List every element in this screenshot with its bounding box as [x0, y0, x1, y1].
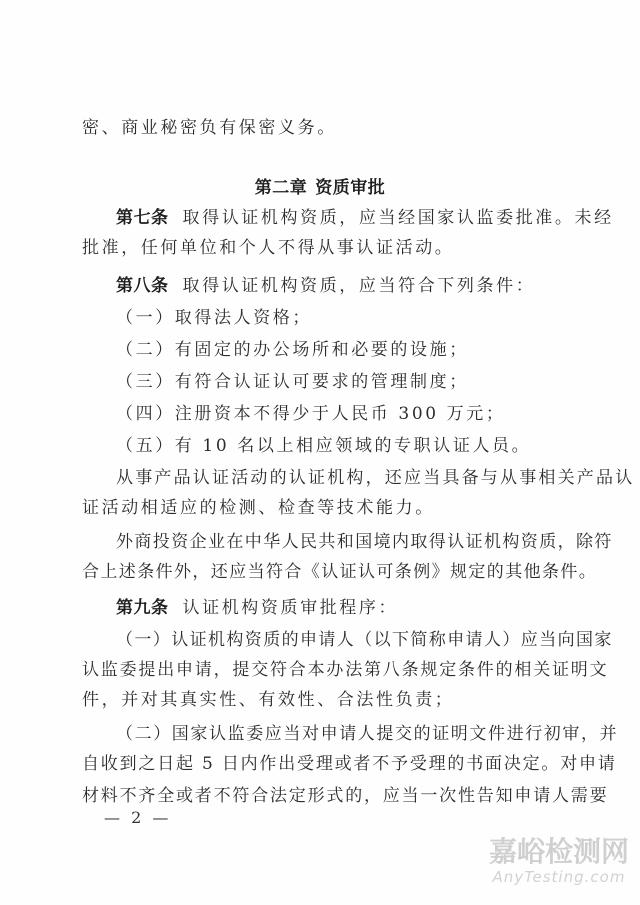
watermark-logo: 嘉峪检测网 AnyTesting.com — [486, 836, 632, 886]
document-page: 密、商业秘密负有保密义务。 第二章资质审批 第七条取得认证机构资质，应当经国家认… — [0, 0, 640, 905]
article-7-line-2: 批准，任何单位和个人不得从事认证活动。 — [82, 237, 562, 259]
watermark-en-text: AnyTesting.com — [486, 868, 632, 886]
chapter-number: 第二章 — [255, 178, 308, 198]
product-cert-paragraph-line-1: 从事产品认证活动的认证机构，还应当具备与从事相关产品认 — [116, 467, 562, 489]
procedure-1-line-2: 认监委提出申请，提交符合本办法第八条规定条件的相关证明文 — [82, 659, 562, 681]
article-8: 第八条取得认证机构资质，应当符合下列条件： — [116, 275, 562, 297]
article-label: 第七条 — [116, 208, 169, 228]
continuation-line: 密、商业秘密负有保密义务。 — [82, 117, 562, 139]
article-label: 第八条 — [116, 276, 169, 296]
article-9: 第九条认证机构资质审批程序： — [116, 597, 562, 619]
chapter-title: 资质审批 — [315, 178, 385, 198]
procedure-1-line-3: 件，并对其真实性、有效性、合法性负责； — [82, 689, 562, 711]
procedure-2-line-3: 材料不齐全或者不符合法定形式的，应当一次性告知申请人需要 — [82, 785, 562, 807]
procedure-2-line-1: （二）国家认监委应当对申请人提交的证明文件进行初审，并 — [116, 723, 562, 745]
condition-item-3: （三）有符合认证认可要求的管理制度； — [116, 371, 596, 393]
condition-item-2: （二）有固定的办公场所和必要的设施； — [116, 339, 596, 361]
article-label: 第九条 — [116, 598, 169, 618]
condition-item-5: （五）有 10 名以上相应领域的专职认证人员。 — [116, 435, 596, 457]
article-text: 取得认证机构资质，应当经国家认监委批准。未经 — [183, 208, 614, 228]
page-number: — 2 — — [104, 808, 171, 827]
product-cert-paragraph-line-2: 证活动相适应的检测、检查等技术能力。 — [82, 497, 562, 519]
condition-item-4: （四）注册资本不得少于人民币 300 万元； — [116, 403, 596, 425]
article-7: 第七条取得认证机构资质，应当经国家认监委批准。未经 — [116, 207, 562, 229]
watermark-cn-text: 嘉峪检测网 — [486, 836, 632, 868]
chapter-heading: 第二章资质审批 — [0, 177, 640, 199]
foreign-invest-paragraph-line-1: 外商投资企业在中华人民共和国境内取得认证机构资质，除符 — [116, 531, 562, 553]
article-text: 取得认证机构资质，应当符合下列条件： — [183, 276, 536, 296]
procedure-2-line-2: 自收到之日起 5 日内作出受理或者不予受理的书面决定。对申请 — [82, 753, 562, 775]
condition-item-1: （一）取得法人资格； — [116, 307, 596, 329]
article-text: 认证机构资质审批程序： — [183, 598, 399, 618]
procedure-1-line-1: （一）认证机构资质的申请人（以下简称申请人）应当向国家 — [116, 629, 562, 651]
foreign-invest-paragraph-line-2: 合上述条件外，还应当符合《认证认可条例》规定的其他条件。 — [82, 561, 562, 583]
